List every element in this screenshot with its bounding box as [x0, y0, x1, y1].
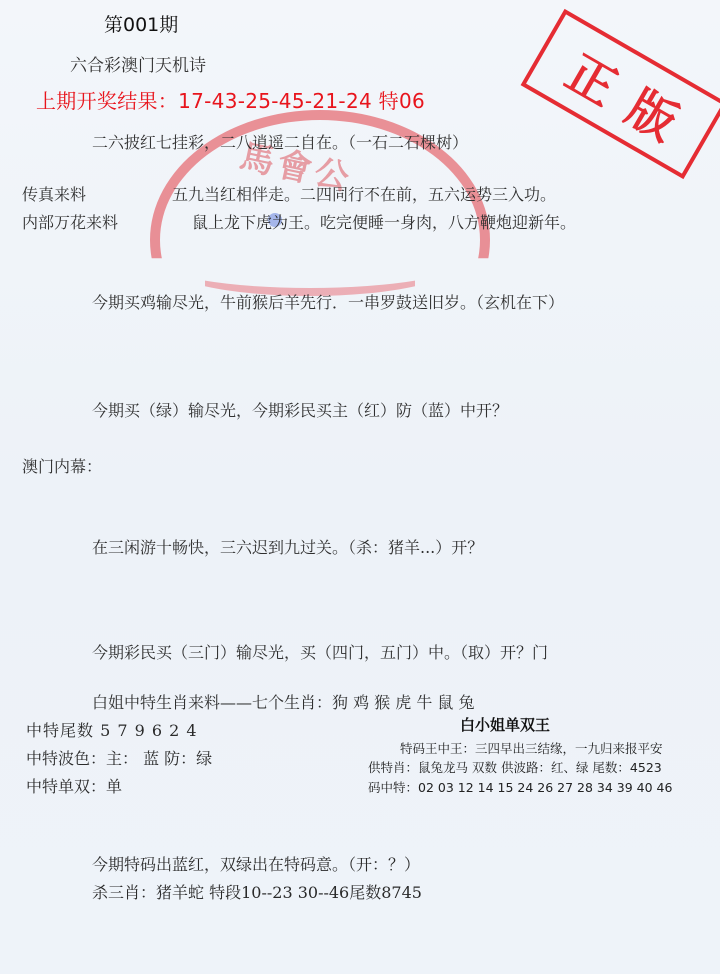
last-result-numbers: 17-43-25-45-21-24: [178, 89, 372, 113]
genuine-stamp: 正 版: [521, 9, 720, 179]
macau-label: 澳门内幕：: [22, 454, 102, 477]
last-result-label: 上期开奖结果：: [36, 89, 178, 113]
box-line-2: 供特肖：鼠兔龙马 双数 供波路：红、绿 尾数：4523: [368, 758, 662, 776]
footer-line-1: 今期特码出蓝红，双绿出在特码意。（开：？）: [92, 852, 420, 875]
issue-number: 第001期: [104, 10, 178, 37]
stamp-char-2: 版: [616, 70, 692, 154]
zodiac-line: 白姐中特生肖来料——七个生肖：狗 鸡 猴 虎 牛 鼠 兔: [92, 690, 475, 713]
special-wave: 中特波色：主： 蓝 防：绿: [26, 746, 212, 769]
poem-line-4: 今期买鸡输尽光，牛前猴后羊先行．一串罗鼓送旧岁。（玄机在下）: [92, 290, 564, 313]
fax-label: 传真来料: [22, 182, 86, 205]
footer-line-2: 杀三肖：猪羊蛇 特段10--23 30--46尾数8745: [92, 880, 422, 903]
box-line-1: 特码王中王：三四早出三结缘，一九归来报平安: [400, 739, 663, 757]
box-title: 白小姐单双王: [460, 714, 550, 735]
last-result-special: 特06: [379, 89, 425, 113]
last-result: 上期开奖结果：17-43-25-45-21-24 特06: [36, 85, 425, 114]
seal-arc: [160, 228, 460, 296]
internal-label: 内部万花来料: [22, 210, 118, 233]
poem-line-1: 二六披红七挂彩，二八逍遥二自在。（一石二石棵树）: [92, 130, 468, 153]
poem-line-5: 今期买（绿）输尽光，今期彩民买主（红）防（蓝）中开？: [92, 398, 508, 421]
poem-line-6: 在三闲游十畅快，三六迟到九过关。（杀：猪羊...）开？: [92, 535, 483, 558]
stamp-char-1: 正: [556, 35, 632, 119]
poem-line-3: 鼠上龙下虎为王。吃完便睡一身肉，八方鞭炮迎新年。: [192, 210, 576, 233]
document-title: 六合彩澳门天机诗: [70, 51, 206, 76]
special-tail: 中特尾数 5 7 9 6 2 4: [26, 718, 198, 741]
box-line-3: 码中特：02 03 12 14 15 24 26 27 28 34 39 40 …: [368, 778, 672, 796]
poem-line-7: 今期彩民买（三门）输尽光，买（四门，五门）中。（取）开？门: [92, 640, 548, 663]
special-odd-even: 中特单双：单: [26, 774, 122, 797]
poem-line-2: 五九当红相伴走。二四同行不在前，五六运势三入功。: [172, 182, 556, 205]
